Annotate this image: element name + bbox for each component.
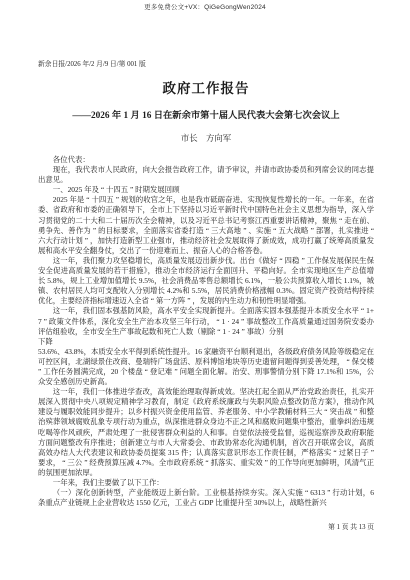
- document-subtitle: ——2026 年 1 月 16 日在新余市第十届人民代表大会第七次会议上: [38, 107, 374, 121]
- salutation-paragraph: 各位代表：: [38, 155, 374, 165]
- intro-paragraph: 现在，我代表市人民政府，向大会报告政府工作，请予审议，并请市政协委员和列席会议的…: [38, 165, 374, 185]
- page-number-indicator: 第 1 页 共 13 页: [328, 521, 374, 531]
- document-page: 更多免费公文+VX：QiGeGongWen2024 新余日报/2026 年/2 …: [0, 0, 410, 580]
- report-body: 各位代表： 现在，我代表市人民政府，向大会报告政府工作，请予审议，并请市政协委员…: [38, 155, 374, 508]
- document-content: 新余日报/2026 年/2 月/9 日/第 001 版 政府工作报告 ——202…: [38, 58, 374, 508]
- body-paragraph: 这一年，我们一体推进学查改，高效能治理取得新成效。坚决扛起全面从严治党政治责任，…: [38, 387, 374, 478]
- document-title: 政府工作报告: [38, 77, 374, 97]
- body-paragraph: 这一年，我们聚力攻坚稳增长，高质量发展迈出新步伐。出台《做好 “ 四稳 ” 工作…: [38, 256, 374, 306]
- body-paragraph: 这一年，我们固本强基防风险，高水平安全实现新提升。全面落实固本强基提升本质安全水…: [38, 306, 374, 336]
- author-line: 市长 方向军: [38, 132, 374, 144]
- body-paragraph-continuation: 53.6%、43.8%，本质安全水平得到系统性提升。16 家融资平台顺利退出，各…: [38, 347, 374, 387]
- section-heading: 一、2025 年及 “ 十四五 ” 时期发展回顾: [38, 185, 374, 195]
- body-paragraph: 2025 年是 “ 十四五 ” 规划的收官之年，也是我市砥砺奋进、实现恢复性增长…: [38, 195, 374, 256]
- body-paragraph: 一年来，我们主要做了以下工作：: [38, 478, 374, 488]
- newspaper-masthead: 新余日报/2026 年/2 月/9 日/第 001 版: [38, 58, 374, 68]
- watermark-text: 更多免费公文+VX：QiGeGongWen2024: [0, 2, 410, 11]
- body-paragraph: （一）深化创新转型，产业能级迈上新台阶。工业根基持续夯实。深入实施 “ 6313…: [38, 488, 374, 508]
- body-paragraph-continuation: 下降: [38, 337, 374, 347]
